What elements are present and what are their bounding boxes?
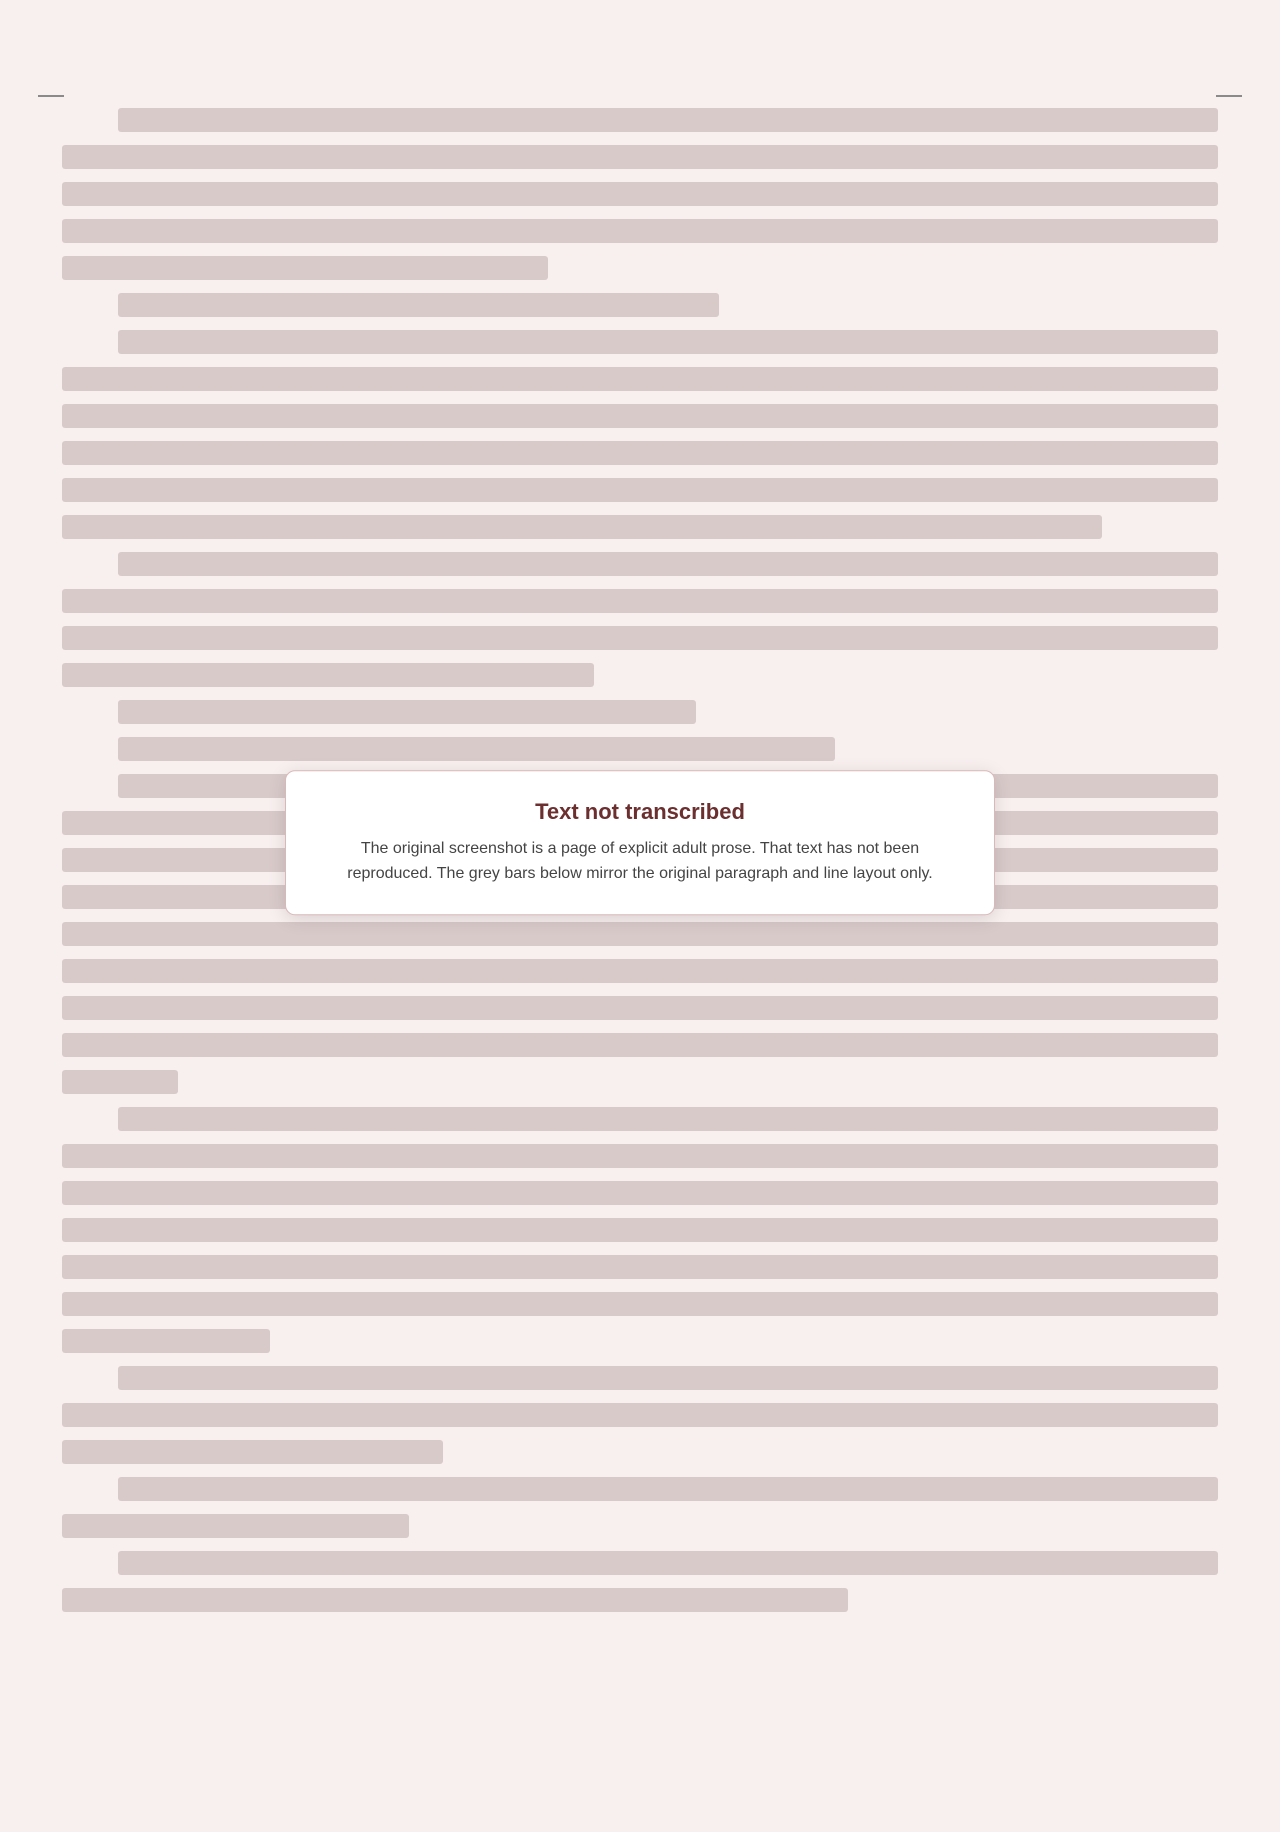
redacted-text-line: [118, 330, 1218, 354]
redacted-text-line: [62, 1144, 1218, 1168]
redacted-paragraph: [62, 108, 1218, 280]
redaction-notice-title: Text not transcribed: [320, 799, 960, 825]
redacted-paragraph: [62, 1107, 1218, 1353]
redacted-text-line: [118, 700, 696, 724]
redacted-text-line: [62, 1403, 1218, 1427]
redacted-text-line: [62, 1329, 270, 1353]
redacted-paragraph: [62, 1477, 1218, 1538]
redacted-paragraph: [62, 737, 1218, 761]
redacted-text-line: [118, 737, 835, 761]
redacted-text-line: [62, 515, 1102, 539]
redacted-text-line: [62, 959, 1218, 983]
redacted-text-line: [118, 108, 1218, 132]
redacted-text-line: [62, 1033, 1218, 1057]
redacted-text-line: [62, 1588, 848, 1612]
redacted-text-line: [62, 404, 1218, 428]
redacted-text-line: [62, 922, 1218, 946]
redacted-paragraph: [62, 700, 1218, 724]
redacted-text-line: [62, 219, 1218, 243]
crop-mark-right: [1216, 95, 1242, 97]
redaction-notice-body: The original screenshot is a page of exp…: [320, 837, 960, 887]
redacted-text-line: [62, 145, 1218, 169]
redacted-text-line: [62, 996, 1218, 1020]
redacted-text-line: [62, 367, 1218, 391]
redacted-text-line: [62, 1440, 443, 1464]
redacted-paragraph: [62, 1366, 1218, 1464]
redacted-text-line: [62, 663, 594, 687]
redacted-paragraph: [62, 293, 1218, 317]
redacted-text-line: [118, 1366, 1218, 1390]
redacted-paragraph: [62, 1551, 1218, 1612]
redacted-paragraph: [62, 330, 1218, 539]
redacted-text-line: [118, 552, 1218, 576]
redacted-text-line: [62, 626, 1218, 650]
redacted-text-line: [118, 293, 719, 317]
crop-mark-left: [38, 95, 64, 97]
redacted-text-line: [62, 1514, 409, 1538]
redacted-text-line: [62, 1292, 1218, 1316]
redacted-text-line: [118, 1107, 1218, 1131]
redacted-text-line: [118, 1477, 1218, 1501]
redacted-text-line: [62, 256, 548, 280]
redacted-text-line: [62, 441, 1218, 465]
redacted-paragraph: [62, 552, 1218, 687]
redacted-text-line: [62, 478, 1218, 502]
redacted-text-line: [62, 1070, 178, 1094]
redaction-notice: Text not transcribed The original screen…: [285, 770, 995, 916]
redacted-text-line: [62, 589, 1218, 613]
redacted-text-line: [62, 1181, 1218, 1205]
redacted-text-line: [62, 1255, 1218, 1279]
redacted-text-line: [118, 1551, 1218, 1575]
redacted-text-line: [62, 182, 1218, 206]
redacted-text-line: [62, 1218, 1218, 1242]
